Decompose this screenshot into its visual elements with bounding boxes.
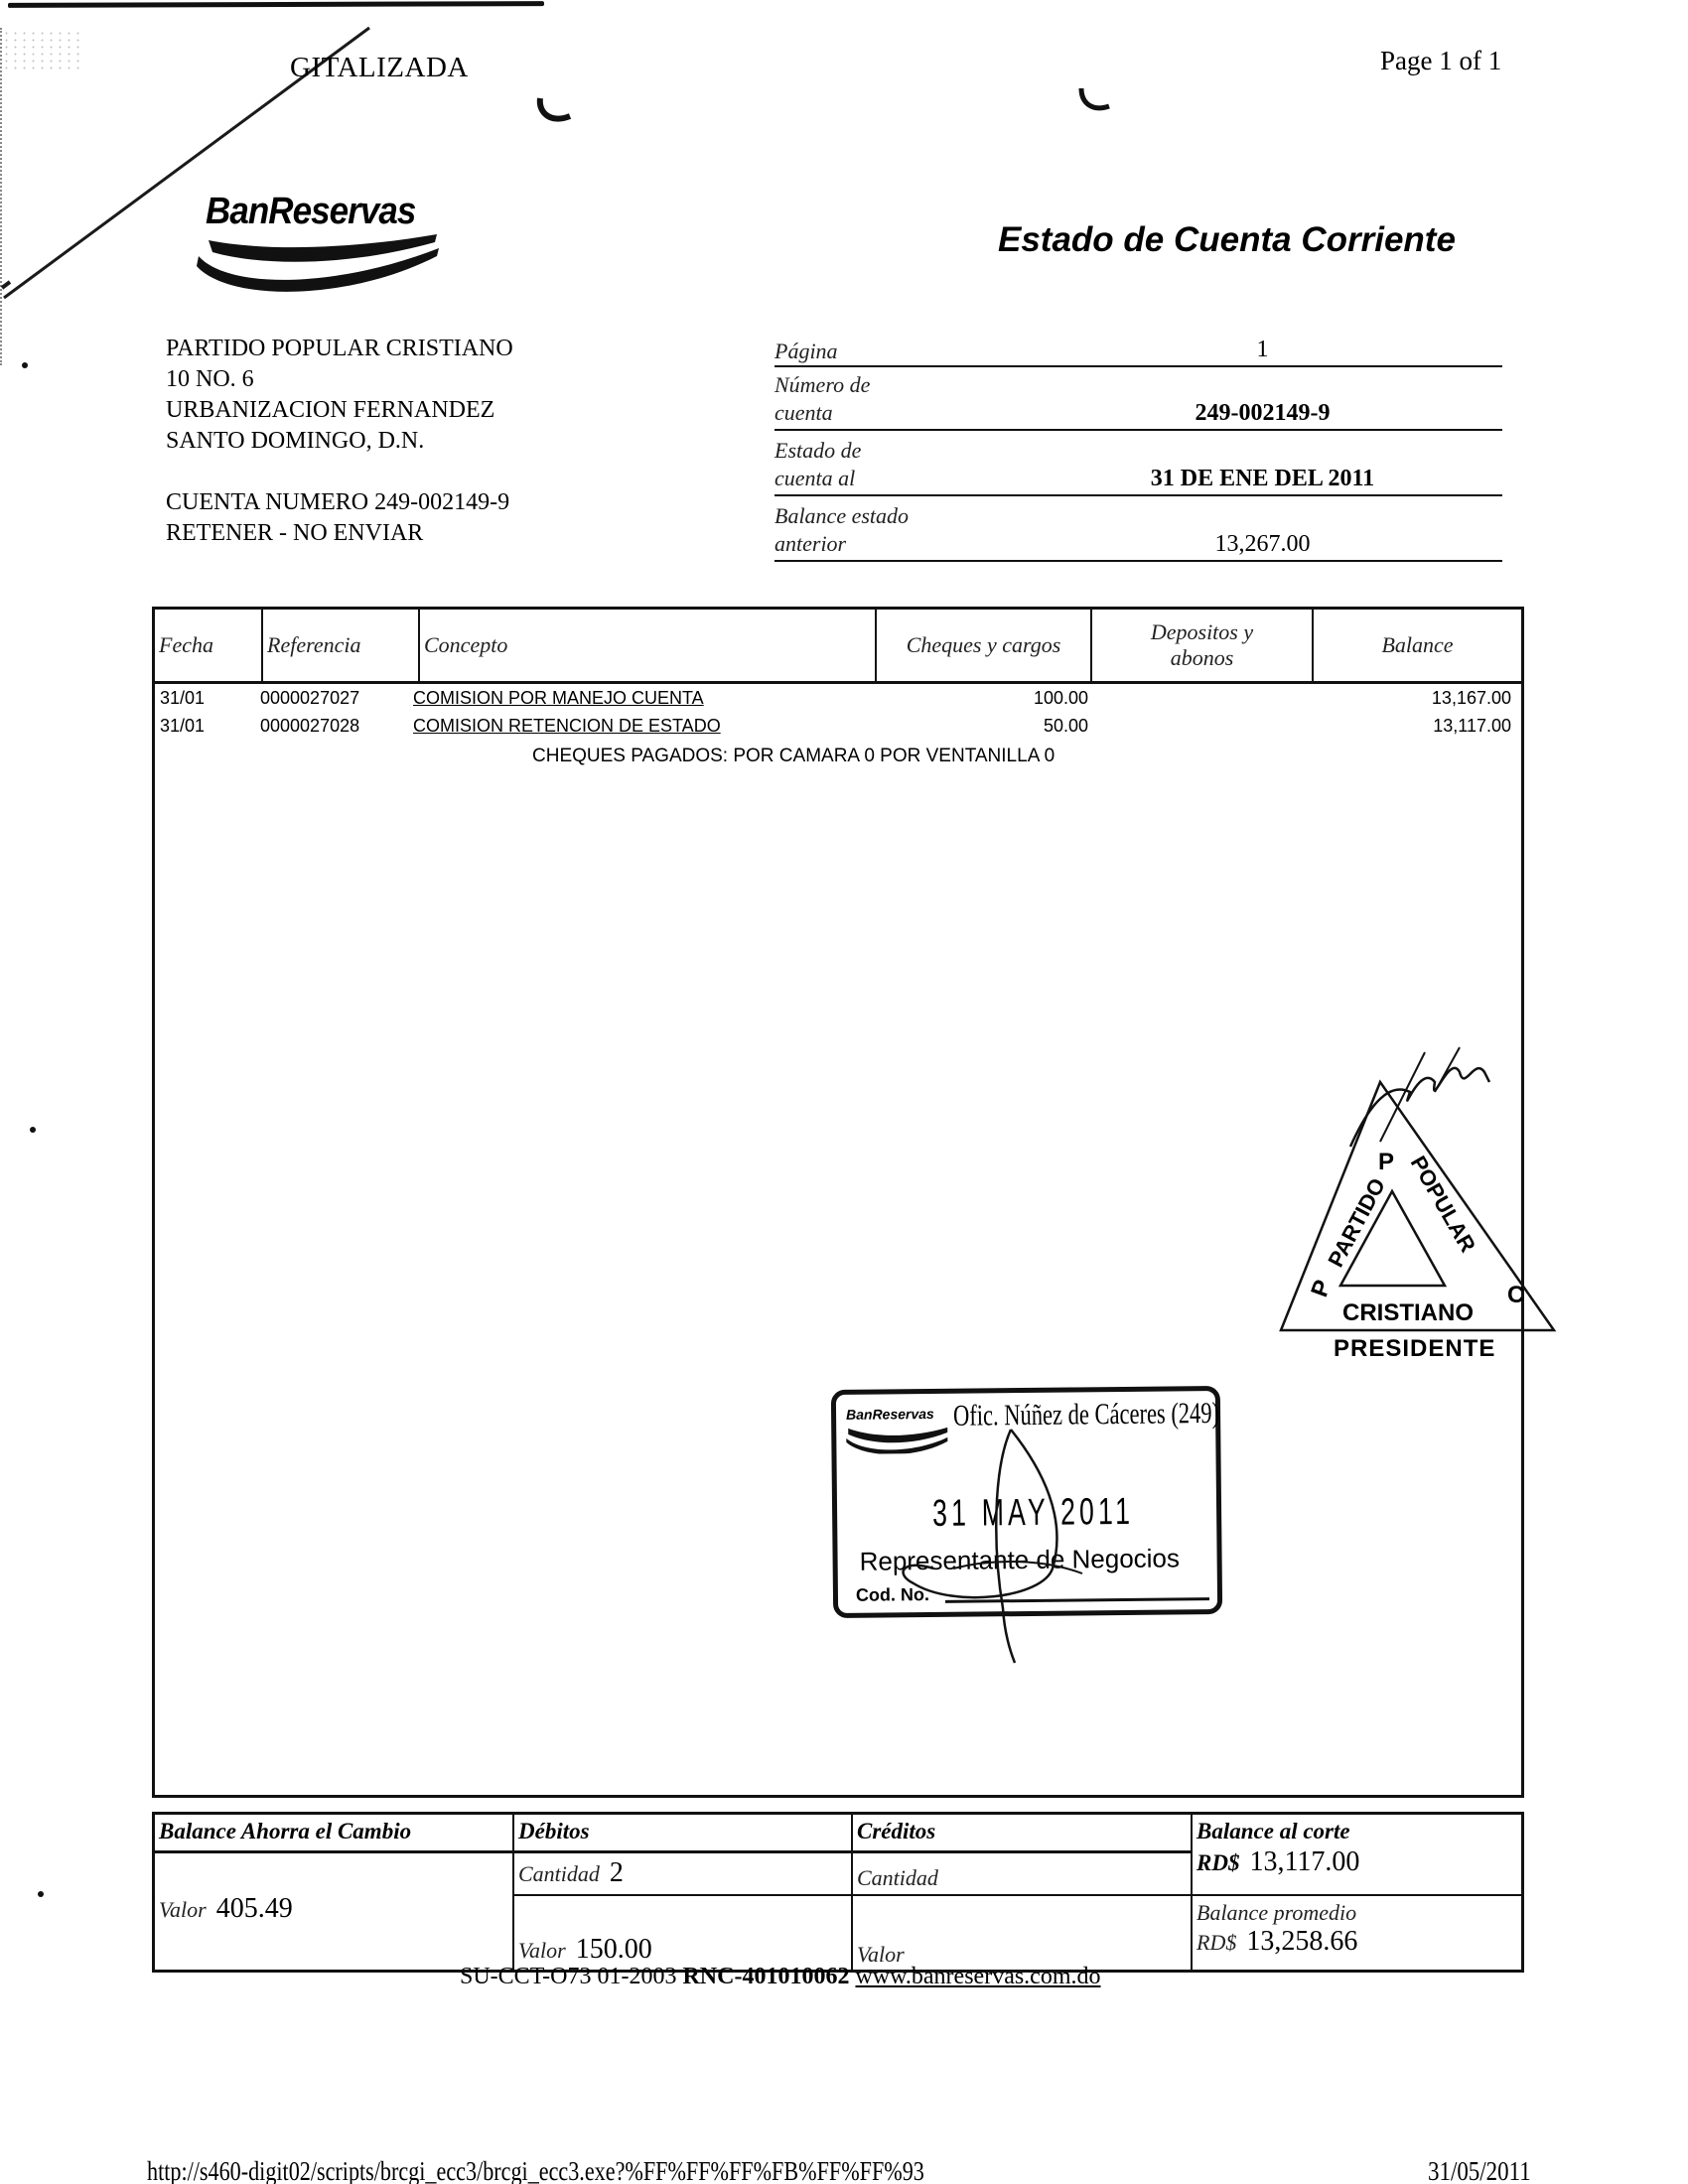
promedio-cell: Balance promedio RD$13,258.66 (1193, 1896, 1521, 1970)
bank-logo-swoosh-icon (189, 230, 447, 300)
ahorra-valor: 405.49 (216, 1893, 293, 1924)
form-code: SU-CCT-O73 01-2003 (460, 1964, 676, 1989)
table-row: 31/01 0000027028 COMISION RETENCION DE E… (155, 716, 1521, 744)
promedio-value: 13,258.66 (1246, 1926, 1357, 1957)
debitos-cantidad: 2 (610, 1857, 624, 1888)
address-line-1: 10 NO. 6 (166, 364, 513, 395)
col-concepto: Concepto (420, 610, 877, 681)
svg-text:P: P (1378, 1149, 1394, 1175)
ahorra-header: Balance Ahorra el Cambio (159, 1819, 411, 1843)
prev-balance-value: 13,267.00 (1023, 531, 1502, 558)
print-url: http://s460-digit02/scripts/brcgi_ecc3/b… (147, 2156, 924, 2184)
account-number-line: CUENTA NUMERO 249-002149-9 (166, 487, 513, 518)
address-city: SANTO DOMINGO, D.N. (166, 426, 513, 457)
info-row-prev-balance: Balance estado anterior 13,267.00 (774, 496, 1502, 562)
punch-hole-mark-2 (1077, 84, 1117, 119)
footer-legal: SU-CCT-O73 01-2003 RNC-401010062 www.ban… (460, 1964, 1101, 1990)
party-seal-triangle-icon: PARTIDO POPULAR P P C CRISTIANO (1261, 1042, 1569, 1370)
debitos-valor-cell: Valor150.00 (514, 1896, 853, 1970)
col-cheques-cargos: Cheques y cargos (877, 610, 1092, 681)
row-cargos: 50.00 (1044, 716, 1088, 737)
row-referencia: 0000027027 (260, 688, 359, 709)
customer-address: PARTIDO POPULAR CRISTIANO 10 NO. 6 URBAN… (166, 334, 513, 549)
creditos-cantidad-label: Cantidad (857, 1865, 938, 1890)
scan-dot (30, 1127, 36, 1133)
promedio-currency: RD$ (1196, 1930, 1236, 1955)
creditos-cantidad-cell: Cantidad (853, 1853, 1193, 1896)
debitos-header-cell: Débitos (514, 1815, 853, 1853)
info-row-statement-date: Estado de cuenta al 31 DE ENE DEL 2011 (774, 431, 1502, 496)
debitos-valor: 150.00 (576, 1934, 652, 1965)
page-indicator: Page 1 of 1 (1380, 46, 1501, 76)
corte-header: Balance al corte (1196, 1819, 1517, 1844)
col-balance: Balance (1314, 610, 1521, 681)
statement-label-1: Estado de (774, 431, 1502, 465)
svg-text:POPULAR: POPULAR (1406, 1152, 1480, 1257)
scan-dot (22, 362, 28, 368)
row-referencia: 0000027028 (260, 716, 359, 737)
col-depositos-abonos: Depositos y abonos (1092, 610, 1314, 681)
rnc-number: RNC-401010062 (682, 1964, 849, 1989)
account-label-1: Número de (774, 367, 1502, 399)
scan-dot (38, 1891, 44, 1897)
customer-name: PARTIDO POPULAR CRISTIANO (166, 334, 513, 364)
cheques-pagados-note: CHEQUES PAGADOS: POR CAMARA 0 POR VENTAN… (532, 746, 1055, 767)
svg-text:P: P (1306, 1277, 1336, 1300)
digitalizada-stamp-text: GITALIZADA (290, 52, 469, 84)
corte-currency: RD$ (1196, 1850, 1239, 1875)
document-title: Estado de Cuenta Corriente (998, 220, 1456, 260)
account-info-block: Página 1 Número de cuenta 249-002149-9 E… (774, 338, 1502, 562)
svg-text:CRISTIANO: CRISTIANO (1342, 1299, 1474, 1326)
row-balance: 13,167.00 (1432, 688, 1511, 709)
col-referencia: Referencia (263, 610, 420, 681)
debitos-cantidad-cell: Cantidad2 (514, 1853, 853, 1896)
corte-cell: Balance al corte RD$13,117.00 (1193, 1815, 1521, 1896)
handwritten-signature (894, 1410, 1112, 1668)
bank-website-link[interactable]: www.banreservas.com.do (855, 1964, 1100, 1989)
info-row-page: Página 1 (774, 338, 1502, 367)
account-value: 249-002149-9 (1023, 400, 1502, 427)
page-value: 1 (1023, 337, 1502, 363)
statement-date-value: 31 DE ENE DEL 2011 (1023, 466, 1502, 492)
table-row: 31/01 0000027027 COMISION POR MANEJO CUE… (155, 688, 1521, 716)
print-date: 31/05/2011 (1428, 2156, 1531, 2184)
debitos-valor-label: Valor (518, 1938, 566, 1963)
bank-logo: BanReservas (189, 179, 447, 298)
ahorra-value-cell: Valor405.49 (155, 1853, 514, 1970)
creditos-header-cell: Créditos (853, 1815, 1193, 1853)
row-concepto: COMISION RETENCION DE ESTADO (413, 716, 721, 737)
delivery-instruction: RETENER - NO ENVIAR (166, 518, 513, 549)
debitos-cantidad-label: Cantidad (518, 1861, 600, 1886)
debitos-header: Débitos (518, 1819, 590, 1843)
row-fecha: 31/01 (160, 716, 205, 737)
punch-hole-mark-1 (536, 94, 576, 129)
row-balance: 13,117.00 (1433, 716, 1511, 737)
address-line-2: URBANIZACION FERNANDEZ (166, 395, 513, 426)
row-concepto: COMISION POR MANEJO CUENTA (413, 688, 704, 709)
transactions-header: Fecha Referencia Concepto Cheques y carg… (155, 610, 1521, 684)
corte-value: 13,117.00 (1249, 1846, 1359, 1877)
creditos-header: Créditos (857, 1819, 935, 1843)
ahorra-valor-label: Valor (159, 1897, 207, 1922)
prev-balance-label-1: Balance estado (774, 496, 1502, 530)
creditos-valor-cell: Valor (853, 1896, 1193, 1970)
seal-presidente-label: PRESIDENTE (1334, 1335, 1495, 1363)
ahorra-header-cell: Balance Ahorra el Cambio (155, 1815, 514, 1853)
col-fecha: Fecha (155, 610, 263, 681)
bank-logo-text: BanReservas (206, 191, 415, 233)
row-cargos: 100.00 (1034, 688, 1088, 709)
info-row-account: Número de cuenta 249-002149-9 (774, 367, 1502, 431)
summary-table: Balance Ahorra el Cambio Valor405.49 Déb… (152, 1812, 1524, 1973)
promedio-label: Balance promedio (1196, 1900, 1517, 1926)
svg-text:C: C (1507, 1282, 1524, 1308)
row-fecha: 31/01 (160, 688, 205, 709)
